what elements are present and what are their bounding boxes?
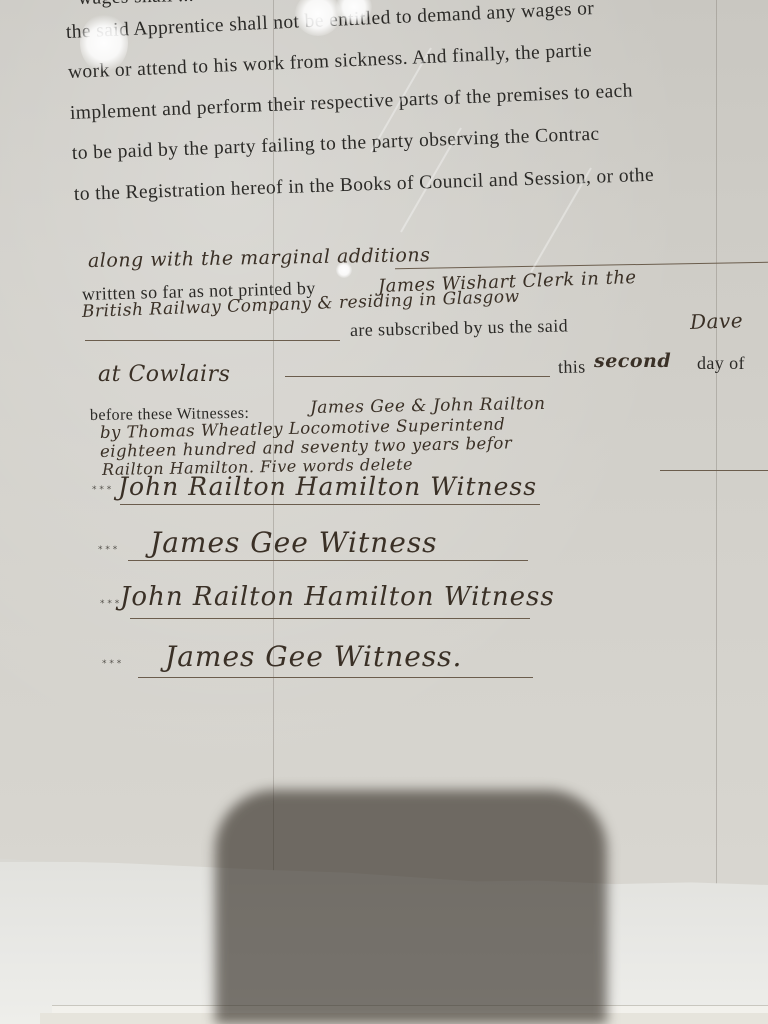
signature-marker: * * * — [102, 660, 121, 668]
date-this-label: this — [558, 357, 586, 378]
witness-signature-4: James Gee Witness. — [165, 640, 462, 673]
signature-line — [120, 504, 540, 505]
signature-marker: * * * — [92, 486, 111, 494]
signature-marker: * * * — [98, 546, 117, 554]
signature-marker: * * * — [100, 600, 119, 608]
date-value: second — [594, 350, 671, 372]
printed-line-0: wages shall ... — [78, 0, 195, 10]
fill-line — [660, 470, 768, 471]
printed-line-4: to be paid by the party failing to the p… — [72, 124, 600, 165]
document-paper: wages shall ... the said Apprentice shal… — [0, 0, 768, 885]
subscribed-value: Dave — [690, 308, 744, 334]
fill-line — [85, 340, 340, 341]
witness-signature-1: John Railton Hamilton Witness — [118, 472, 537, 501]
camera-shadow — [215, 790, 607, 1024]
fold-line — [716, 0, 717, 885]
glass-glare — [80, 14, 128, 72]
signature-line — [130, 618, 530, 619]
printed-line-3: implement and perform their respective p… — [70, 80, 634, 125]
fill-line — [285, 376, 550, 377]
place-value: at Cowlairs — [98, 362, 230, 387]
date-dayof-label: day of — [697, 353, 745, 374]
printed-line-5: to the Registration hereof in the Books … — [74, 165, 655, 206]
printed-line-2: work or attend to his work from sickness… — [68, 40, 593, 84]
witness-signature-2: James Gee Witness — [150, 526, 438, 559]
subscribed-label: are subscribed by us the said — [350, 315, 568, 341]
witnesses-value: James Gee & John Railton — [310, 394, 546, 418]
handwritten-marginal-additions: along with the marginal additions — [88, 244, 431, 272]
witness-signature-3: John Railton Hamilton Witness — [120, 582, 555, 612]
signature-line — [138, 677, 533, 678]
glass-glare — [336, 262, 352, 278]
signature-line — [128, 560, 528, 561]
